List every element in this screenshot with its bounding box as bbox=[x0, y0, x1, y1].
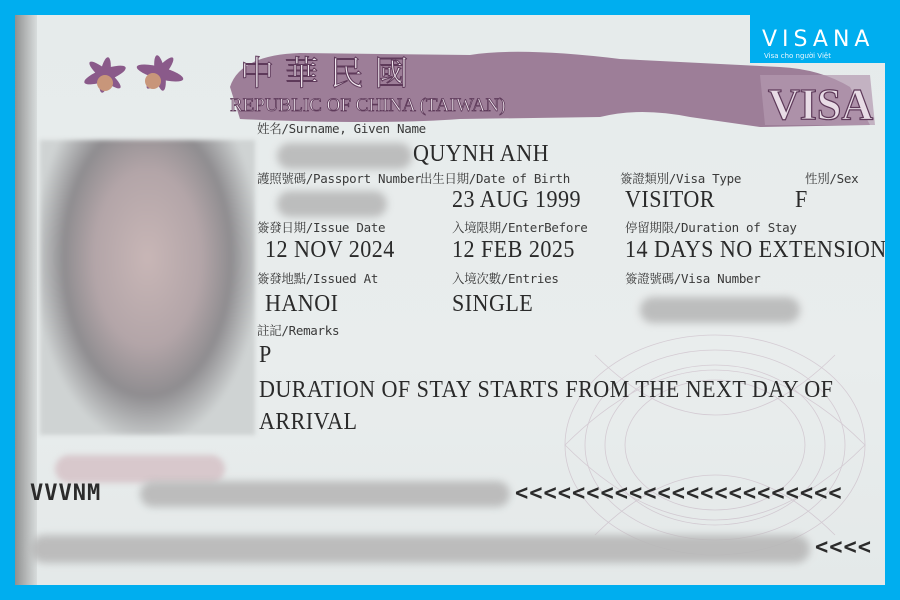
remarks-line1: DURATION OF STAY STARTS FROM THE NEXT DA… bbox=[259, 377, 833, 404]
mrz-line1-filler: <<<<<<<<<<<<<<<<<<<<<<< bbox=[515, 481, 843, 506]
visa-number-label: 簽證號碼/Visa Number bbox=[625, 269, 761, 287]
mrz-line1-redacted bbox=[140, 481, 510, 507]
name-label: 姓名/Surname, Given Name bbox=[257, 119, 426, 137]
dob-value: 23 AUG 1999 bbox=[452, 187, 581, 214]
sex-value: F bbox=[795, 187, 808, 214]
orchid-emblem-icon bbox=[75, 45, 210, 105]
surname-redacted bbox=[277, 143, 412, 169]
svg-text:中 華 民 國: 中 華 民 國 bbox=[240, 54, 408, 94]
visa-document: 中 華 民 國 REPUBLIC OF CHINA (TAIWAN) VISA … bbox=[15, 15, 885, 585]
mrz-line2-filler: <<<< bbox=[815, 535, 872, 560]
remarks-line2: ARRIVAL bbox=[259, 409, 358, 436]
duration-value: 14 DAYS NO EXTENSION bbox=[625, 237, 885, 264]
visa-number-redacted bbox=[640, 297, 800, 323]
dob-label: 出生日期/Date of Birth bbox=[420, 169, 570, 187]
entries-label: 入境次數/Entries bbox=[452, 269, 559, 287]
issued-at-label: 簽發地點/Issued At bbox=[257, 269, 378, 287]
entries-value: SINGLE bbox=[452, 291, 533, 318]
mrz-line2-redacted bbox=[30, 535, 810, 563]
caption-redacted bbox=[55, 455, 225, 483]
passport-number-redacted bbox=[277, 191, 387, 217]
issue-date-label: 簽發日期/Issue Date bbox=[257, 218, 385, 236]
passport-number-label: 護照號碼/Passport Number bbox=[257, 169, 421, 187]
visa-type-label: 簽證類別/Visa Type bbox=[620, 169, 741, 187]
svg-text:VISA: VISA bbox=[768, 80, 873, 127]
issue-date-value: 12 NOV 2024 bbox=[265, 237, 395, 264]
duration-label: 停留期限/Duration of Stay bbox=[625, 218, 797, 236]
enter-before-label: 入境限期/EnterBefore bbox=[452, 218, 588, 236]
visana-logo: VISANA Visa cho người Việt bbox=[750, 15, 900, 63]
mrz-line1-prefix: VVVNM bbox=[30, 481, 101, 506]
remarks-code: P bbox=[259, 342, 272, 369]
remarks-label: 註記/Remarks bbox=[257, 321, 339, 339]
issued-at-value: HANOI bbox=[265, 291, 338, 318]
logo-text: VISANA bbox=[762, 27, 874, 52]
enter-before-value: 12 FEB 2025 bbox=[452, 237, 575, 264]
visa-type-value: VISITOR bbox=[625, 187, 715, 214]
given-name-value: QUYNH ANH bbox=[413, 141, 549, 168]
logo-tagline: Visa cho người Việt bbox=[764, 52, 831, 60]
svg-text:REPUBLIC OF CHINA (TAIWAN): REPUBLIC OF CHINA (TAIWAN) bbox=[230, 95, 506, 116]
photo-redacted bbox=[40, 140, 255, 435]
sex-label: 性別/Sex bbox=[805, 169, 858, 187]
